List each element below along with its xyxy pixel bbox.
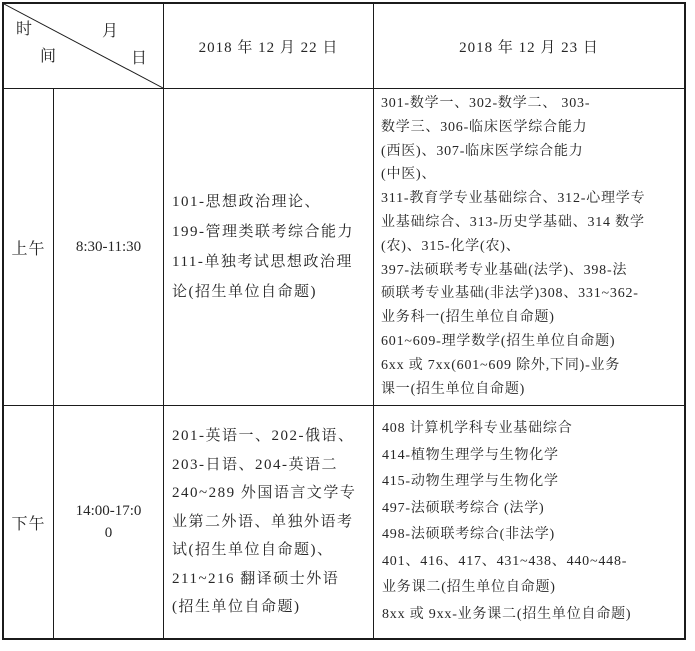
header-date-dec-23: 2018 年 12 月 23 日 bbox=[374, 4, 684, 89]
row-afternoon-subjects-dec-23: 408 计算机学科专业基础综合 414-植物生理学与生物化学 415-动物生理学… bbox=[374, 406, 684, 638]
corner-header-cell: 时 间 月 日 bbox=[4, 4, 164, 89]
row-afternoon-period-label: 下午 bbox=[4, 406, 54, 638]
row-morning-subjects-dec-23: 301-数学一、302-数学二、 303- 数学三、306-临床医学综合能力 (… bbox=[374, 89, 684, 406]
corner-time-char-2: 间 bbox=[40, 49, 56, 65]
row-morning-subjects-dec-22: 101-思想政治理论、 199-管理类联考综合能力 111-单独考试思想政治理 … bbox=[164, 89, 374, 406]
row-morning-period-label: 上午 bbox=[4, 89, 54, 406]
corner-date-char-1: 月 bbox=[102, 24, 118, 40]
corner-time-char-1: 时 bbox=[16, 22, 32, 38]
row-morning-time-range: 8:30-11:30 bbox=[54, 89, 164, 406]
row-afternoon-time-range: 14:00-17:0 0 bbox=[54, 406, 164, 638]
exam-schedule-page: 时 间 月 日 2018 年 12 月 22 日 2018 年 12 月 23 … bbox=[0, 0, 695, 651]
corner-date-char-2: 日 bbox=[131, 51, 147, 67]
header-date-dec-22: 2018 年 12 月 22 日 bbox=[164, 4, 374, 89]
row-afternoon-subjects-dec-22: 201-英语一、202-俄语、 203-日语、204-英语二 240~289 外… bbox=[164, 406, 374, 638]
exam-schedule-table: 时 间 月 日 2018 年 12 月 22 日 2018 年 12 月 23 … bbox=[2, 2, 686, 640]
diagonal-divider-line bbox=[4, 4, 163, 88]
